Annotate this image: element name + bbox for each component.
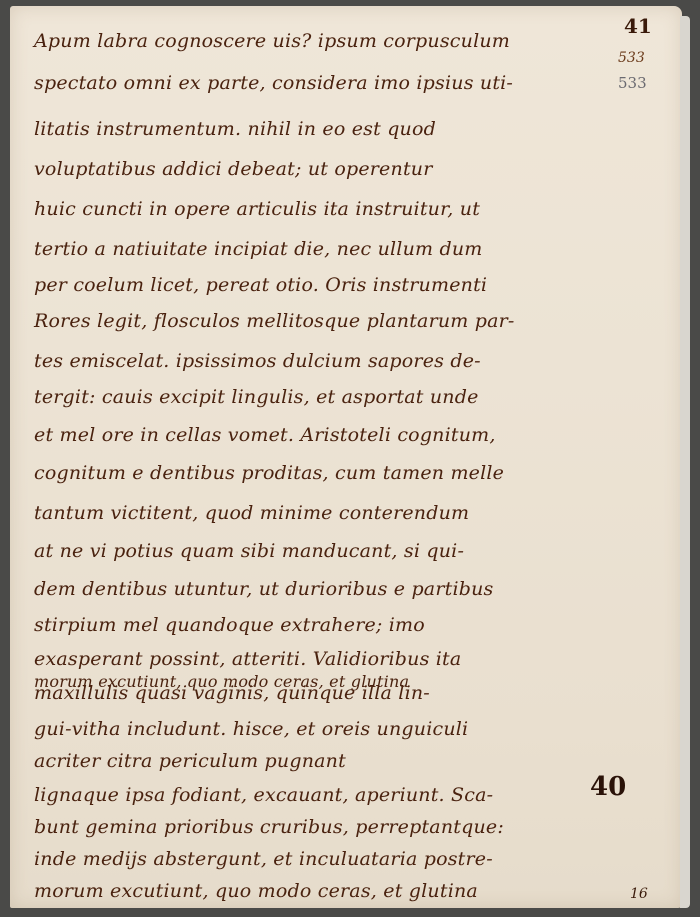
main-line: at ne vi potius quam sibi manducant, si … — [34, 540, 464, 562]
folio-number-ink: 533 — [618, 50, 645, 66]
main-line: gui-vitha includunt. hisce, et oreis ung… — [34, 718, 468, 740]
main-line: lignaque ipsa fodiant, excauant, aperiun… — [34, 784, 493, 806]
folio-number: 41 — [624, 14, 652, 38]
main-line: cognitum e dentibus proditas, cum tamen … — [34, 462, 504, 484]
main-line: tertio a natiuitate incipiat die, nec ul… — [34, 238, 483, 260]
page-edge — [680, 16, 690, 908]
main-line: litatis instrumentum. nihil in eo est qu… — [34, 118, 436, 140]
main-line: bunt gemina prioribus cruribus, perrepta… — [34, 816, 504, 838]
main-line: Rores legit, flosculos mellitosque plant… — [34, 310, 515, 332]
main-line: huic cuncti in opere articulis ita instr… — [34, 198, 480, 220]
main-line: per coelum licet, pereat otio. Oris inst… — [34, 274, 487, 296]
main-line: tantum victitent, quod minime conterendu… — [34, 502, 469, 524]
main-line: stirpium mel quandoque extrahere; imo — [34, 614, 425, 636]
main-line: exasperant possint, atteriti. Validiorib… — [34, 648, 461, 670]
main-line: dem dentibus utuntur, ut durioribus e pa… — [34, 578, 493, 600]
main-line: Apum labra cognoscere uis? ipsum corpusc… — [34, 30, 510, 52]
manuscript-page: 41 533 533 40 16 Apum labra cognoscere u… — [10, 6, 682, 908]
main-line: maxillulis quasi vaginis, quinque illa l… — [34, 682, 430, 704]
main-line: tergit: cauis excipit lingulis, et aspor… — [34, 386, 479, 408]
main-line: tes emiscelat. ipsissimos dulcium sapore… — [34, 350, 481, 372]
ink-mark: 40 — [590, 772, 626, 802]
folio-number-pencil: 533 — [618, 74, 647, 92]
main-line: spectato omni ex parte, considera imo ip… — [34, 72, 513, 94]
main-line: acriter citra periculum pugnant — [34, 750, 346, 772]
bottom-page-number: 16 — [630, 886, 648, 902]
main-line: voluptatibus addici debeat; ut operentur — [34, 158, 433, 180]
main-line: morum excutiunt, quo modo ceras, et glut… — [34, 880, 478, 902]
main-line: et mel ore in cellas vomet. Aristoteli c… — [34, 424, 496, 446]
main-line: inde medijs abstergunt, et inculuataria … — [34, 848, 493, 870]
